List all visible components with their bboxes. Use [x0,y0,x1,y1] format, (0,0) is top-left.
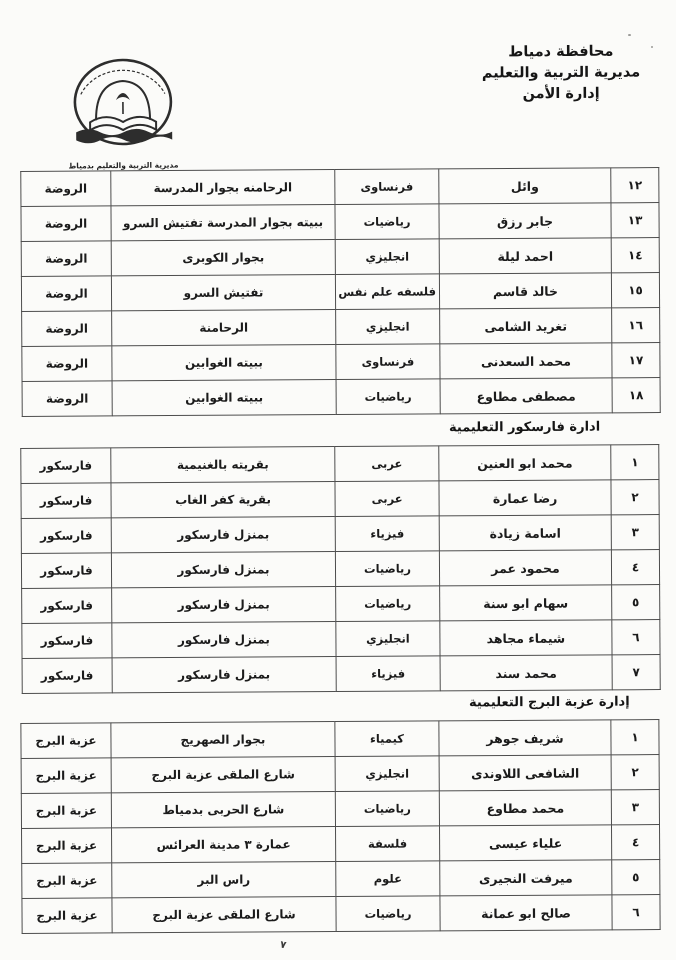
row-number: ٥ [612,585,660,620]
table-row: ٥ سهام ابو سنة رياضيات بمنزل فارسكور فار… [22,585,660,624]
subject: كيمياء [335,721,439,757]
person-name: محمود عمر [439,550,611,586]
address: بجوار الصهريج [111,722,335,758]
ezbet-elborg-roster-table: ١ شريف جوهر كيمياء بجوار الصهريج عزبة ال… [20,719,660,934]
row-number: ٧ [612,655,660,690]
district: الروضة [22,346,112,382]
table-row: ١٦ تغريد الشامى انجليزي الرحامنة الروضة [22,308,660,347]
district: عزبة البرج [21,793,111,829]
row-number: ١٢ [611,168,659,203]
address: بقريته بالغنيمية [111,447,335,483]
address: شارع الحربى بدمياط [111,792,335,828]
row-number: ١٦ [612,308,660,343]
person-name: اسامة زيادة [439,515,611,551]
district: فارسكور [21,448,111,484]
row-number: ٤ [611,825,659,860]
person-name: الشافعى اللاوندى [439,755,611,791]
row-number: ١٨ [612,378,660,413]
directorate-logo: مديرية التربية والتعليم بدمياط [56,55,191,170]
address: بمنزل فارسكور [112,587,336,623]
subject: انجليزي [335,239,439,275]
subject: رياضيات [336,379,440,415]
subject: فلسفة [336,826,440,862]
address: الرحامنة [112,310,336,346]
table-row: ٤ محمود عمر رياضيات بمنزل فارسكور فارسكو… [21,550,659,589]
row-number: ٣ [611,515,659,550]
table-row: ١٧ محمد السعدنى فرنساوى ببيته الغوابين ا… [22,343,660,382]
section-title-farskour: ادارة فارسكور التعليمية [449,420,600,436]
table-row: ٦ صالح ابو عمانة رياضيات شارع الملقى عزب… [22,895,660,934]
row-number: ٦ [612,895,660,930]
table-row: ٧ محمد سند فيزياء بمنزل فارسكور فارسكور [22,655,660,694]
subject: عربى [335,446,439,482]
security-admin-title: إدارة الأمن [456,83,666,105]
rawda-roster-table: ١٢ وائل فرنساوى الرحامنه بجوار المدرسة ا… [20,167,660,417]
subject: رياضيات [335,791,439,827]
district: فارسكور [22,623,112,659]
person-name: سهام ابو سنة [440,585,612,621]
scan-speckle [628,34,631,36]
scanned-document-page: محافظة دمياط مديرية التربية والتعليم إدا… [0,0,676,960]
district: الروضة [21,241,111,277]
person-name: احمد ليلة [439,238,611,274]
row-number: ١٥ [611,273,659,308]
address: شارع الملقى عزبة البرج [111,757,335,793]
document-header: محافظة دمياط مديرية التربية والتعليم إدا… [456,41,666,105]
address: شارع الملقى عزبة البرج [112,897,336,933]
row-number: ١٧ [612,343,660,378]
person-name: ميرفت النجيرى [440,860,612,896]
table-row: ٢ رضا عمارة عربى بقرية كفر الغاب فارسكور [21,480,659,519]
table-row: ١٣ جابر رزق رياضيات ببيته بجوار المدرسة … [21,203,659,242]
table-row: ٣ اسامة زيادة فيزياء بمنزل فارسكور فارسك… [21,515,659,554]
address: الرحامنه بجوار المدرسة [111,170,335,206]
row-number: ١ [611,720,659,755]
subject: فلسفه علم نفس [335,274,439,310]
person-name: صالح ابو عمانة [440,895,612,931]
person-name: شريف جوهر [439,720,611,756]
row-number: ١٤ [611,238,659,273]
district: عزبة البرج [22,898,112,934]
address: بمنزل فارسكور [111,517,335,553]
subject: فرنساوى [335,169,439,205]
person-name: علياء عيسى [439,825,611,861]
district: فارسكور [21,483,111,519]
district: الروضة [21,206,111,242]
district: الروضة [22,311,112,347]
emblem-icon [56,55,191,160]
row-number: ٣ [611,790,659,825]
person-name: وائل [439,168,611,204]
person-name: خالد قاسم [439,273,611,309]
address: عمارة ٣ مدينة العرائس [112,827,336,863]
row-number: ١٣ [611,203,659,238]
subject: رياضيات [335,204,439,240]
directorate-title: مديرية التربية والتعليم [456,62,666,84]
person-name: محمد السعدنى [440,343,612,379]
district: فارسكور [21,553,111,589]
governorate-title: محافظة دمياط [456,41,666,63]
address: ببيته بجوار المدرسة تفتيش السرو [111,205,335,241]
district: عزبة البرج [22,828,112,864]
table-row: ٣ محمد مطاوع رياضيات شارع الحربى بدمياط … [21,790,659,829]
address: بمنزل فارسكور [112,622,336,658]
subject: رياضيات [336,896,440,932]
address: ببيته الغوابين [112,345,336,381]
table-row: ١٢ وائل فرنساوى الرحامنه بجوار المدرسة ا… [21,168,659,207]
person-name: محمد مطاوع [439,790,611,826]
table-row: ١٨ مصطفى مطاوع رياضيات ببيته الغوابين ال… [22,378,660,417]
person-name: تغريد الشامى [440,308,612,344]
table-row: ١ شريف جوهر كيمياء بجوار الصهريج عزبة ال… [21,720,659,759]
subject: عربى [335,481,439,517]
district: فارسكور [22,658,112,694]
subject: علوم [336,861,440,897]
subject: فيزياء [336,656,440,692]
row-number: ١ [611,445,659,480]
district: عزبة البرج [22,863,112,899]
subject: رياضيات [336,586,440,622]
table-row: ١ محمد ابو العنين عربى بقريته بالغنيمية … [21,445,659,484]
subject: فرنساوى [336,344,440,380]
row-number: ٦ [612,620,660,655]
row-number: ٢ [611,480,659,515]
table-row: ١٤ احمد ليلة انجليزي بجوار الكوبرى الروض… [21,238,659,277]
handwritten-mark: ٧ [279,940,287,952]
district: الروضة [21,171,111,207]
district: عزبة البرج [21,758,111,794]
table-row: ٥ ميرفت النجيرى علوم راس البر عزبة البرج [22,860,660,899]
farskour-roster-table: ١ محمد ابو العنين عربى بقريته بالغنيمية … [20,444,660,694]
address: بقرية كفر الغاب [111,482,335,518]
person-name: محمد سند [440,655,612,691]
section-title-ezbet-elborg: إدارة عزبة البرج التعليمية [469,695,630,711]
table-row: ٢ الشافعى اللاوندى انجليزي شارع الملقى ع… [21,755,659,794]
address: راس البر [112,862,336,898]
person-name: شيماء مجاهد [440,620,612,656]
address: بجوار الكوبرى [111,240,335,276]
district: الروضة [21,276,111,312]
district: فارسكور [21,518,111,554]
person-name: محمد ابو العنين [439,445,611,481]
subject: فيزياء [335,516,439,552]
subject: انجليزي [336,621,440,657]
scan-speckle [651,46,653,48]
table-row: ١٥ خالد قاسم فلسفه علم نفس تفتيش السرو ا… [21,273,659,312]
row-number: ٢ [611,755,659,790]
address: ببيته الغوابين [112,380,336,416]
district: الروضة [22,381,112,417]
subject: رياضيات [335,551,439,587]
address: تفتيش السرو [111,275,335,311]
address: بمنزل فارسكور [112,657,336,693]
person-name: مصطفى مطاوع [440,378,612,414]
address: بمنزل فارسكور [111,552,335,588]
row-number: ٤ [611,550,659,585]
table-row: ٤ علياء عيسى فلسفة عمارة ٣ مدينة العرائس… [22,825,660,864]
district: عزبة البرج [21,723,111,759]
table-row: ٦ شيماء مجاهد انجليزي بمنزل فارسكور فارس… [22,620,660,659]
person-name: رضا عمارة [439,480,611,516]
subject: انجليزي [335,756,439,792]
district: فارسكور [22,588,112,624]
subject: انجليزي [336,309,440,345]
person-name: جابر رزق [439,203,611,239]
row-number: ٥ [612,860,660,895]
